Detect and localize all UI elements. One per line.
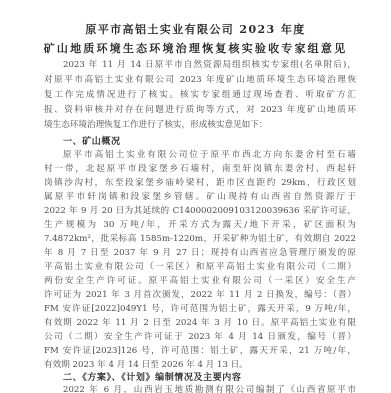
section-heading-mine-overview: 一、矿山概况 — [63, 134, 121, 147]
document-page: 原平市高铝土实业有限公司 2023 年度 矿山地质环境生态环境治理恢复核实验收专… — [0, 0, 391, 393]
paragraph-line: 2022 年 6 月，山西岩玉地质勘测有限公司编制了《山西省原平市 — [63, 384, 356, 393]
intro-line: 报、资料审核并对存在问题进行质询等方式，对 2023 年度矿山地质环 — [44, 104, 356, 116]
paragraph-line: 平高铝土实业有限公司（一采区）和原平高铝土实业有限公司（二期） — [44, 261, 356, 273]
paragraph-line: 2022 年 9 月 20 日为其延续的 C140000200910312003… — [44, 205, 356, 217]
paragraph-line: 公司（二期）安全生产许可证于 2023 年 4 月 14 日颁发，编号（晋） — [44, 331, 356, 343]
paragraph-line: 生产规模为 30 万吨/年，开采方式为露天/地下开采，矿区面积为 — [44, 219, 356, 231]
intro-line: 复工作完成情况进行了核实。核实专家组通过现场查看、听取矿方汇 — [44, 89, 356, 101]
document-title-line1: 原平市高铝土实业有限公司 2023 年度 — [0, 21, 391, 37]
intro-line: 对原平市高铝土实业有限公司 2023 年度矿山地质环境生态环境治理恢 — [44, 74, 356, 86]
paragraph-line: 属原平市轩岗镇和段家堡乡管辖。矿山现持有山西省自然资源厅于 — [44, 191, 356, 203]
paragraph-line: FM 安许证[2023]126 号，许可范围：铝土矿，露天开采，21 万吨/年， — [44, 345, 356, 357]
paragraph-line: 村一带，北起原平市段家堡乡石墙村，南至轩岗镇东妻舍村，西起轩 — [44, 163, 356, 175]
paragraph-line: 岗镇沙沟村，东至段家堡乡庙岭梁村，距市区直距约 29km，行政区划 — [44, 177, 356, 189]
paragraph-line: 两份安全生产许可证。原平高铝土实业有限公司（一采区）安全生产 — [44, 275, 356, 287]
intro-line: 2023 年 11 月 14 日原平市自然资源局组织核实专家组(名单附后)， — [63, 59, 356, 71]
paragraph-line: 许可证为 2021 年 3 月首次颁发，2022 年 11 月 2 日换发，编号… — [44, 289, 356, 301]
paragraph-line: 年 8 月 7 日至 2037 年 9 月 27 日；现持有山西省应急管理厅颁发… — [44, 247, 356, 259]
section-heading-plan-preparation: 二、《方案》、《计划》编制情况及主要内容 — [63, 370, 242, 383]
paragraph-line: 原平市高铝土实业有限公司位于原平市西北方向东妻舍村至石墙 — [63, 149, 356, 161]
paragraph-line: 7.4872km²，批采标高 1585m-1220m，开采矿种为铝土矿，有效期自… — [44, 233, 356, 245]
intro-line: 境生态环境治理恢复工作进行了核实，形成核实意见如下： — [44, 119, 356, 131]
paragraph-line: 有效期 2022 年 11 月 2 日至 2024 年 3 月 10 日。原平高… — [44, 317, 356, 329]
document-title-line2: 矿山地质环境生态环境治理恢复核实验收专家组意见 — [0, 40, 391, 56]
paragraph-line: FM 安许证[2022]049Y1 号，许可范围为铝土矿，露天开采，9 万吨/年… — [44, 303, 356, 315]
